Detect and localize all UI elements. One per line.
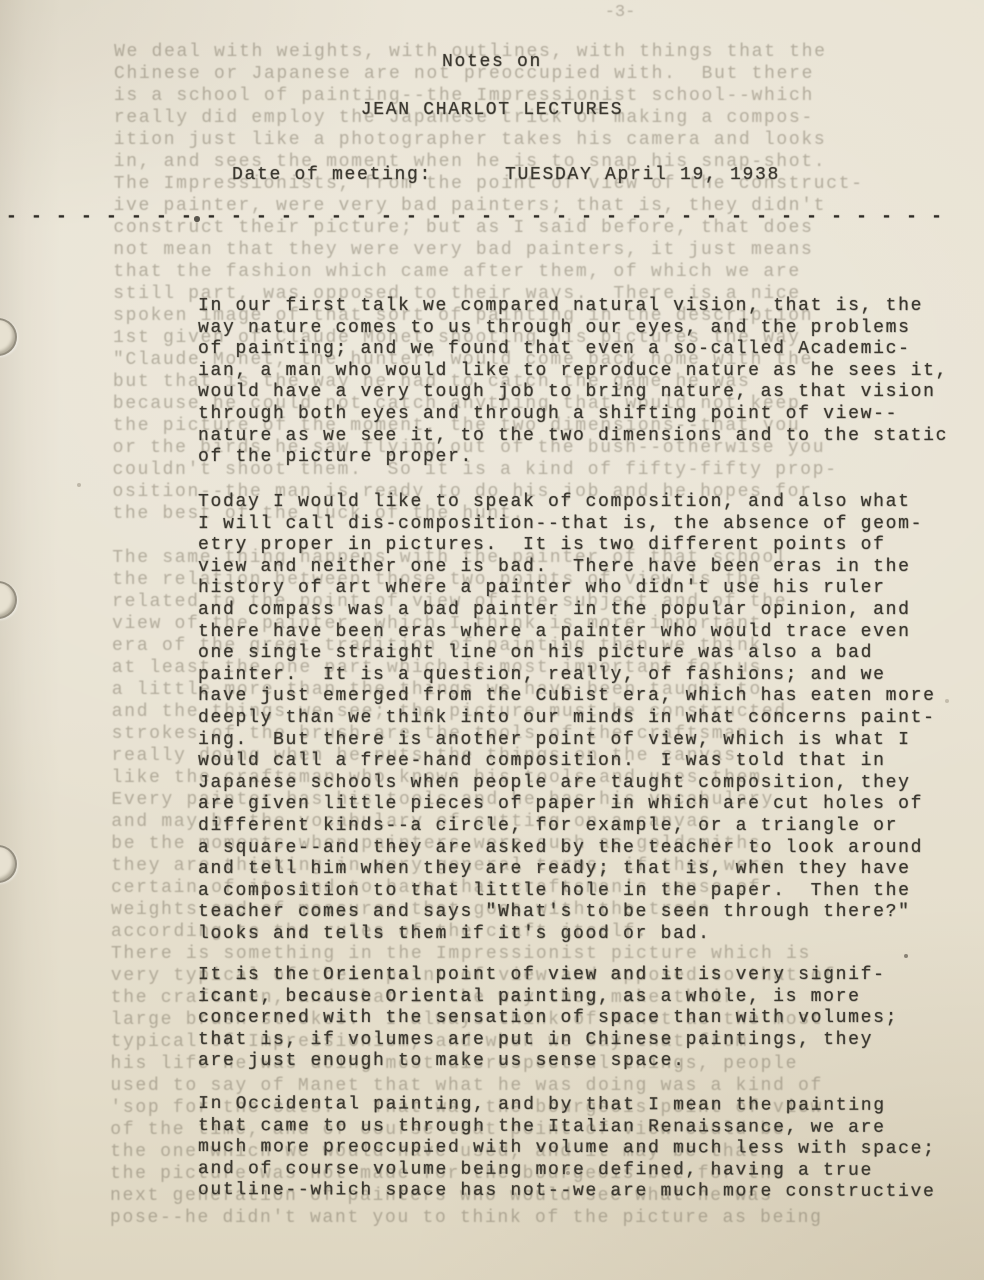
body-paragraph-2: Today I would like to speak of compositi… xyxy=(198,492,968,945)
bleedthrough-page-number: -3- xyxy=(560,3,680,22)
punch-hole xyxy=(0,318,17,356)
dashed-separator: - - - - - - - - - - - - - - - - - - - - … xyxy=(6,206,981,228)
paper-specks xyxy=(0,0,2,2)
body-paragraph-3: It is the Oriental point of view and it … xyxy=(198,965,968,1073)
punch-hole xyxy=(0,845,17,883)
date-of-meeting-label: Date of meeting: xyxy=(232,165,432,185)
body-paragraph-1: In our first talk we compared natural vi… xyxy=(198,296,968,469)
document-title-line1: Notes on xyxy=(0,52,984,72)
punch-hole xyxy=(0,581,17,619)
document-page: -3- We deal with weights, with outlines,… xyxy=(0,0,984,1280)
document-title-line2: JEAN CHARLOT LECTURES xyxy=(0,100,984,120)
date-of-meeting-value: TUESDAY April 19, 1938 xyxy=(505,165,780,185)
body-paragraph-4: In Occidental painting, and by that I me… xyxy=(198,1094,968,1204)
